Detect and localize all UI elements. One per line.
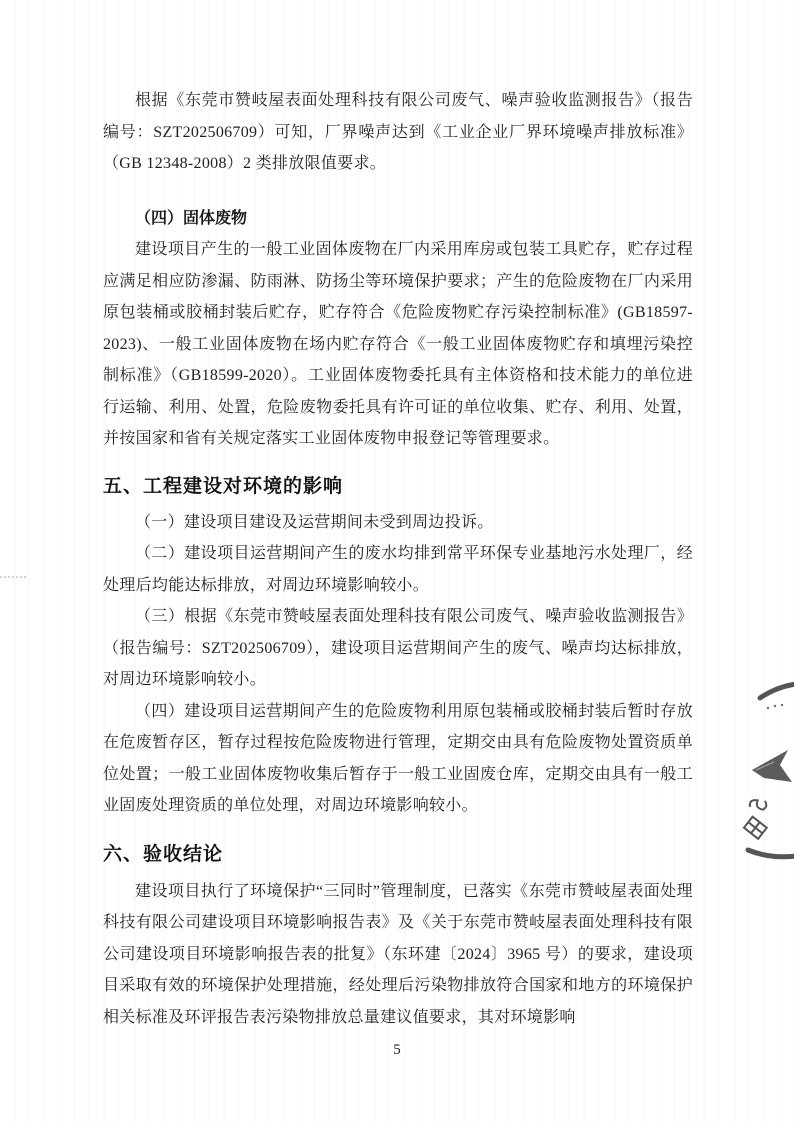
paragraph-noise-report: 根据《东莞市赞岐屋表面处理科技有限公司废气、噪声验收监测报告》（报告编号：SZT… bbox=[103, 85, 693, 180]
scan-edge-artifact bbox=[0, 576, 26, 581]
document-body: 根据《东莞市赞岐屋表面处理科技有限公司废气、噪声验收监测报告》（报告编号：SZT… bbox=[103, 85, 693, 1033]
paragraph-5-item-1: （一）建设项目建设及运营期间未受到周边投诉。 bbox=[103, 507, 693, 539]
heading-section-5: 五、工程建设对环境的影响 bbox=[103, 471, 693, 503]
heading-section-6: 六、验收结论 bbox=[103, 839, 693, 871]
paragraph-5-item-4: （四）建设项目运营期间产生的危险废物利用原包装桶或胶桶封装后暂时存放在危废暂存区… bbox=[103, 696, 693, 822]
paragraph-solid-waste: 建设项目产生的一般工业固体废物在厂内采用库房或包装工具贮存，贮存过程应满足相应防… bbox=[103, 234, 693, 455]
page-number: 5 bbox=[0, 1042, 794, 1059]
paragraph-5-item-2: （二）建设项目运营期间产生的废水均排到常平环保专业基地污水处理厂，经处理后均能达… bbox=[103, 538, 693, 601]
official-seal-stamp-icon bbox=[730, 658, 794, 868]
subheading-solid-waste: （四）固体废物 bbox=[103, 203, 693, 235]
paragraph-6-conclusion: 建设项目执行了环境保护“三同时”管理制度，已落实《东莞市赞岐屋表面处理科技有限公… bbox=[103, 876, 693, 1034]
document-page: 根据《东莞市赞岐屋表面处理科技有限公司废气、噪声验收监测报告》（报告编号：SZT… bbox=[0, 0, 794, 1123]
paragraph-5-item-3: （三）根据《东莞市赞岐屋表面处理科技有限公司废气、噪声验收监测报告》（报告编号：… bbox=[103, 601, 693, 696]
